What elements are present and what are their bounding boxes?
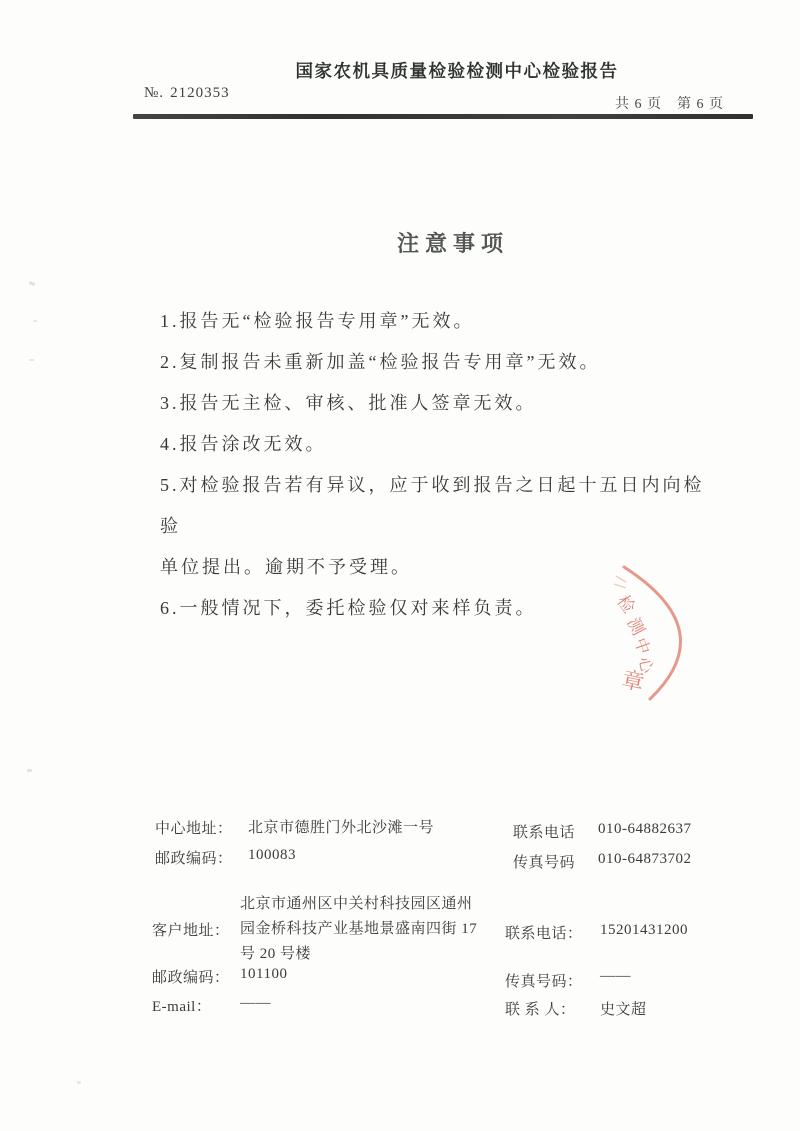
report-number: №.2120353 xyxy=(144,85,230,102)
stamp-char: 中 xyxy=(631,636,653,657)
customer-postcode-label: 邮政编码： xyxy=(152,966,230,987)
report-number-label: №. xyxy=(144,85,164,101)
customer-postcode-value: 101100 xyxy=(240,966,287,983)
notice-item-2: 2.复制报告未重新加盖“检验报告专用章”无效。 xyxy=(160,342,722,383)
scan-speck xyxy=(29,359,34,361)
notice-item-3: 3.报告无主检、审核、批准人签章无效。 xyxy=(160,383,722,424)
stamp-char: 章 xyxy=(620,667,647,696)
customer-phone-label: 联系电话： xyxy=(505,922,583,943)
customer-address-label: 客户地址： xyxy=(152,919,230,940)
center-fax-value: 010-64873702 xyxy=(598,851,692,868)
center-phone-label: 联系电话 xyxy=(513,821,575,842)
official-stamp-icon: 检 测 中 心 章 xyxy=(572,542,707,722)
customer-fax-label: 传真号码： xyxy=(505,970,583,991)
page-count: 共 6 页 第 6 页 xyxy=(615,93,724,113)
report-page: 国家农机具质量检验检测中心检验报告 №.2120353 共 6 页 第 6 页 … xyxy=(0,0,800,1131)
customer-address-value: 北京市通州区中关村科技园区通州 园金桥科技产业基地景盛南四街 17 号 20 号… xyxy=(240,892,510,967)
scan-speck xyxy=(29,281,36,286)
customer-email-value: —— xyxy=(240,995,271,1012)
report-title: 国家农机具质量检验检测中心检验报告 xyxy=(133,58,767,83)
stamp-char: 测 xyxy=(623,614,648,638)
center-phone-value: 010-64882637 xyxy=(598,821,692,838)
customer-contact-value: 史文超 xyxy=(600,998,647,1019)
center-postcode-label: 邮政编码： xyxy=(155,847,233,868)
center-address-value: 北京市德胜门外北沙滩一号 xyxy=(248,816,434,837)
customer-email-label: E-mail： xyxy=(152,995,211,1016)
report-number-value: 2120353 xyxy=(170,85,230,101)
customer-contact-label: 联 系 人： xyxy=(505,998,576,1019)
customer-phone-value: 15201431200 xyxy=(600,922,688,939)
scan-speck xyxy=(33,320,37,322)
notice-title: 注意事项 xyxy=(133,227,773,258)
customer-fax-value: —— xyxy=(600,968,631,985)
scan-speck xyxy=(27,769,32,772)
center-fax-label: 传真号码 xyxy=(513,851,575,872)
notice-item-1: 1.报告无“检验报告专用章”无效。 xyxy=(160,301,722,342)
scan-speck xyxy=(77,1081,81,1084)
center-postcode-value: 100083 xyxy=(248,847,296,864)
stamp-partial-strokes xyxy=(614,576,626,588)
center-address-label: 中心地址： xyxy=(155,817,233,838)
stamp-char: 检 xyxy=(613,592,638,617)
notice-item-4: 4.报告涂改无效。 xyxy=(160,424,722,465)
header-divider xyxy=(133,114,753,119)
